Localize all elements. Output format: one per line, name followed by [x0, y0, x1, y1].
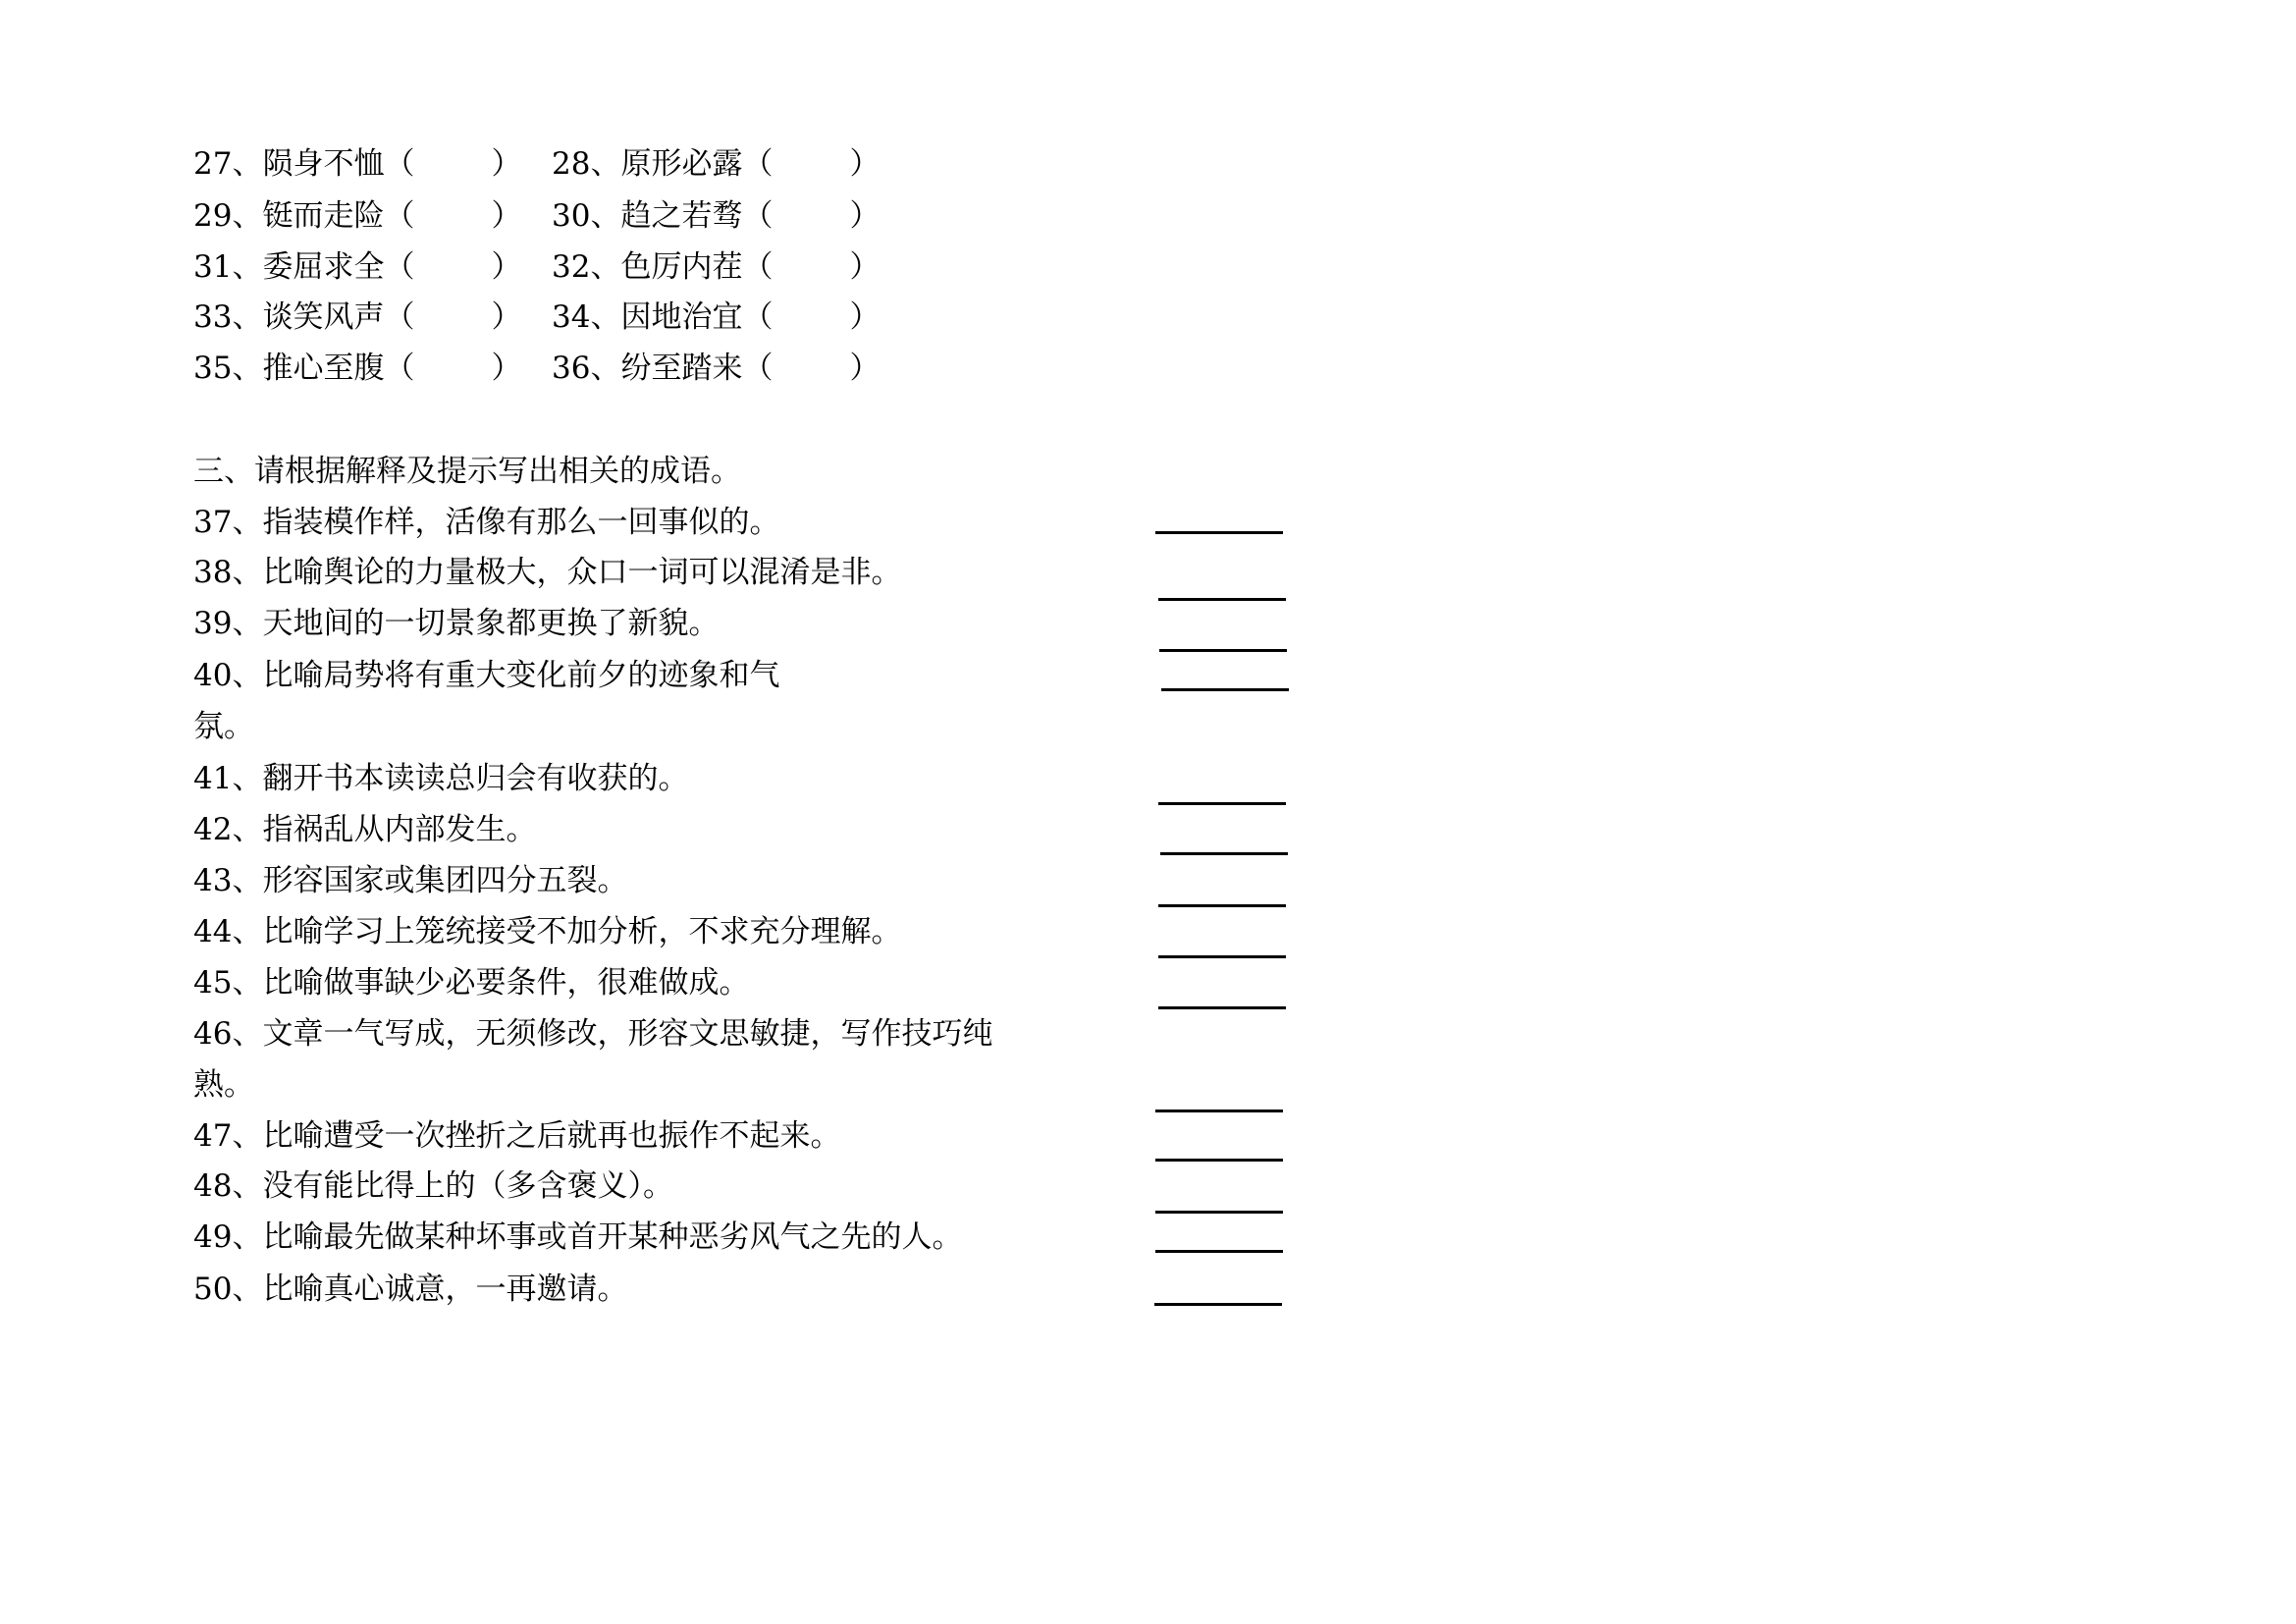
question-44: 44、比喻学习上笼统接受不加分析，不求充分理解。 — [193, 912, 901, 951]
idiom-item-33: 33、谈笑风声（） — [193, 298, 521, 337]
section-heading: 三、请根据解释及提示写出相关的成语。 — [193, 452, 741, 491]
question-48: 48、没有能比得上的（多含褒义）。 — [193, 1166, 673, 1206]
idiom-item-28: 28、原形必露（） — [552, 144, 880, 184]
question-38: 38、比喻舆论的力量极大，众口一词可以混淆是非。 — [193, 553, 901, 592]
answer-line-49[interactable] — [1155, 1250, 1283, 1253]
answer-line-50[interactable] — [1154, 1303, 1282, 1306]
answer-line-46[interactable] — [1155, 1110, 1283, 1112]
answer-line-41[interactable] — [1158, 802, 1286, 805]
idiom-item-27: 27、陨身不恤（） — [193, 144, 521, 184]
question-43: 43、形容国家或集团四分五裂。 — [193, 861, 627, 900]
idiom-item-36: 36、纷至踏来（） — [552, 349, 880, 388]
answer-line-47[interactable] — [1155, 1159, 1283, 1162]
question-45: 45、比喻做事缺少必要条件，很难做成。 — [193, 963, 749, 1002]
question-49: 49、比喻最先做某种坏事或首开某种恶劣风气之先的人。 — [193, 1218, 962, 1257]
answer-line-38[interactable] — [1158, 598, 1286, 601]
idiom-item-29: 29、铤而走险（） — [193, 196, 521, 236]
question-46: 46、文章一气写成，无须修改，形容文思敏捷，写作技巧纯 — [193, 1014, 992, 1054]
answer-line-43[interactable] — [1158, 904, 1286, 907]
idiom-item-35: 35、推心至腹（） — [193, 349, 521, 388]
question-40: 40、比喻局势将有重大变化前夕的迹象和气 — [193, 656, 779, 695]
answer-line-40[interactable] — [1161, 688, 1289, 691]
question-41: 41、翻开书本读读总归会有收获的。 — [193, 759, 688, 798]
question-40-cont: 氛。 — [193, 707, 254, 746]
answer-line-44[interactable] — [1158, 955, 1286, 958]
answer-line-45[interactable] — [1158, 1006, 1286, 1009]
answer-line-42[interactable] — [1160, 852, 1288, 855]
answer-line-39[interactable] — [1159, 649, 1287, 652]
idiom-item-30: 30、趋之若骛（） — [552, 196, 880, 236]
idiom-item-34: 34、因地治宜（） — [552, 298, 880, 337]
question-50: 50、比喻真心诚意，一再邀请。 — [193, 1270, 627, 1309]
idiom-item-31: 31、委屈求全（） — [193, 247, 521, 287]
question-39: 39、天地间的一切景象都更换了新貌。 — [193, 604, 719, 643]
question-47: 47、比喻遭受一次挫折之后就再也振作不起来。 — [193, 1116, 840, 1156]
answer-line-48[interactable] — [1155, 1211, 1283, 1214]
answer-line-37[interactable] — [1155, 531, 1283, 534]
idiom-item-32: 32、色厉内茬（） — [552, 247, 880, 287]
question-42: 42、指祸乱从内部发生。 — [193, 810, 536, 849]
question-37: 37、指装模作样，活像有那么一回事似的。 — [193, 503, 779, 542]
worksheet-page: 27、陨身不恤（） 28、原形必露（） 29、铤而走险（） 30、趋之若骛（） … — [0, 0, 2296, 1624]
question-46-cont: 熟。 — [193, 1065, 254, 1105]
